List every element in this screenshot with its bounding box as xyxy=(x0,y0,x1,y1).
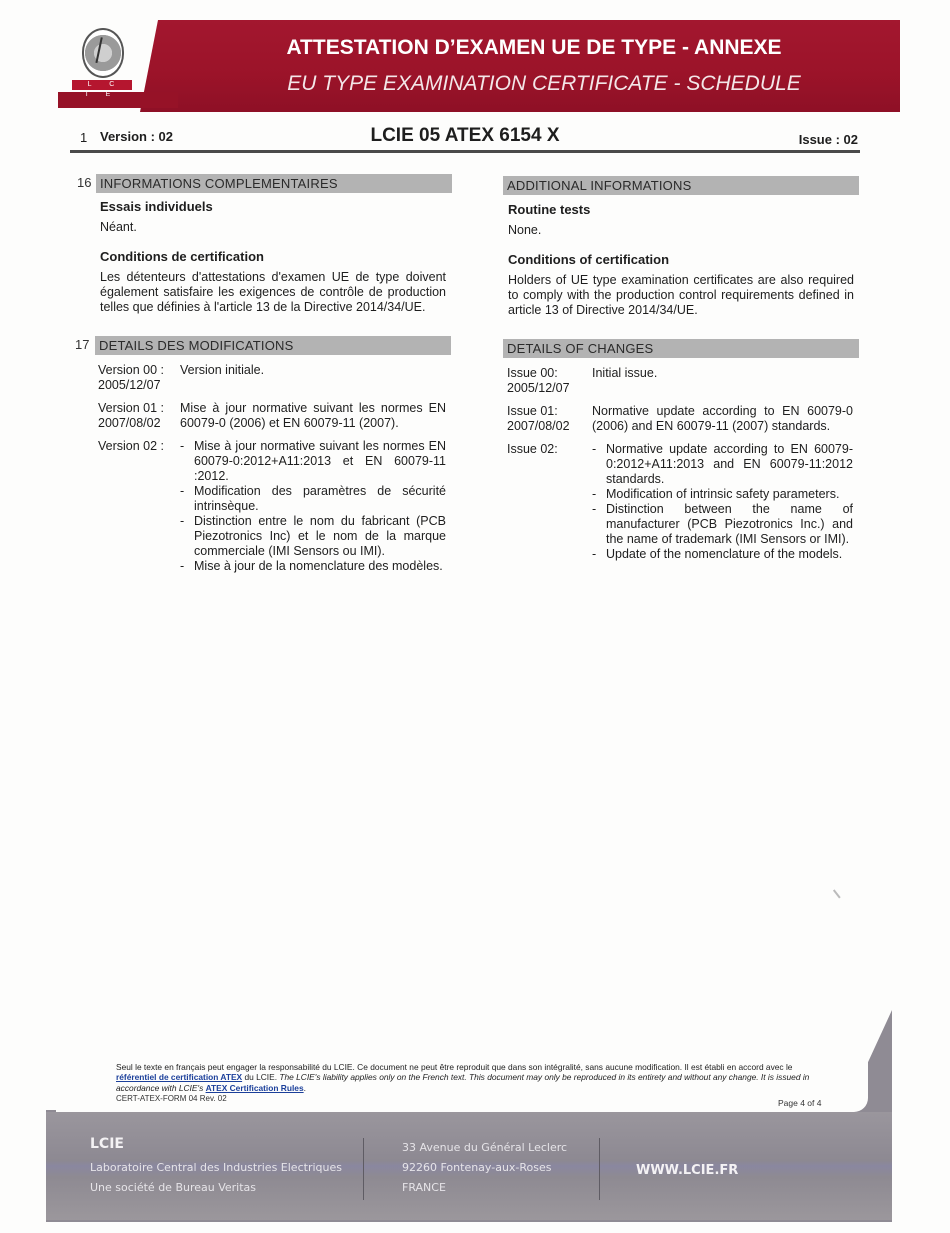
atex-certification-rules-link[interactable]: ATEX Certification Rules xyxy=(206,1083,304,1093)
legal-text-fr-end: du LCIE. xyxy=(242,1072,279,1082)
footer-divider xyxy=(599,1138,600,1200)
change-item: Distinction between the name of manufact… xyxy=(590,502,853,547)
change-label: Version 00 : 2005/12/07 xyxy=(98,363,180,393)
change-entry: Issue 01: 2007/08/02 Normative update ac… xyxy=(507,404,853,434)
changes-list-fr: Version 00 : 2005/12/07 Version initiale… xyxy=(98,363,446,582)
change-item: Distinction entre le nom du fabricant (P… xyxy=(178,514,446,559)
section-16-title-fr: INFORMATIONS COMPLEMENTAIRES xyxy=(96,174,452,193)
change-entry: Issue 00: 2005/12/07 Initial issue. xyxy=(507,366,853,396)
change-version: Issue 02: xyxy=(507,442,590,457)
change-date: 2005/12/07 xyxy=(507,381,592,396)
footer-org-parent: Une société de Bureau Veritas xyxy=(90,1178,342,1198)
page-number: Page 4 of 4 xyxy=(778,1098,821,1108)
title-french: ATTESTATION D’EXAMEN UE DE TYPE - ANNEXE xyxy=(58,36,900,60)
change-text: Version initiale. xyxy=(180,363,446,393)
legal-text-fr: Seul le texte en français peut engager l… xyxy=(116,1062,792,1072)
form-reference: CERT-ATEX-FORM 04 Rev. 02 xyxy=(116,1094,227,1103)
change-version: Version 01 : xyxy=(98,401,180,416)
footer-org-full: Laboratoire Central des Industries Elect… xyxy=(90,1158,342,1178)
section-16-en-body: Routine tests None. Conditions of certif… xyxy=(508,202,854,328)
conditions-text-fr: Les détenteurs d'attestations d'examen U… xyxy=(100,270,446,315)
conditions-text-en: Holders of UE type examination certifica… xyxy=(508,273,854,318)
routine-tests-heading-fr: Essais individuels xyxy=(100,199,446,214)
section-16-title-en: ADDITIONAL INFORMATIONS xyxy=(503,176,859,195)
change-items: Normative update according to EN 60079-0… xyxy=(590,442,853,562)
conditions-heading-fr: Conditions de certification xyxy=(100,249,446,264)
change-label: Version 02 : xyxy=(98,439,178,574)
change-item: Update of the nomenclature of the models… xyxy=(590,547,853,562)
change-version: Issue 00: xyxy=(507,366,592,381)
section-17-title-fr: DETAILS DES MODIFICATIONS xyxy=(95,336,451,355)
routine-tests-text-en: None. xyxy=(508,223,854,238)
issue-label: Issue : 02 xyxy=(799,132,858,147)
change-item: Modification of intrinsic safety paramet… xyxy=(590,487,853,502)
routine-tests-text-fr: Néant. xyxy=(100,220,446,235)
change-version: Version 00 : xyxy=(98,363,180,378)
change-item: Mise à jour normative suivant les normes… xyxy=(178,439,446,484)
routine-tests-heading-en: Routine tests xyxy=(508,202,854,217)
change-item: Mise à jour de la nomenclature des modèl… xyxy=(178,559,446,574)
change-version: Issue 01: xyxy=(507,404,592,419)
atex-referentiel-link[interactable]: référentiel de certification ATEX xyxy=(116,1072,242,1082)
change-version: Version 02 : xyxy=(98,439,178,454)
change-text: Mise à jour normative suivant les normes… xyxy=(180,401,446,431)
change-label: Issue 01: 2007/08/02 xyxy=(507,404,592,434)
change-label: Issue 00: 2005/12/07 xyxy=(507,366,592,396)
conditions-heading-en: Conditions of certification xyxy=(508,252,854,267)
certificate-line: 1 Version : 02 LCIE 05 ATEX 6154 X Issue… xyxy=(70,124,860,153)
banner-background xyxy=(140,20,900,112)
change-date: 2007/08/02 xyxy=(98,416,180,431)
footer-org-name: LCIE xyxy=(90,1136,342,1152)
change-item: Modification des paramètres de sécurité … xyxy=(178,484,446,514)
change-text: Normative update according to EN 60079-0… xyxy=(592,404,853,434)
address-line-1: 33 Avenue du Général Leclerc xyxy=(402,1138,567,1158)
section-17-number: 17 xyxy=(75,337,89,352)
scan-artifact xyxy=(833,889,840,898)
change-entry: Issue 02: Normative update according to … xyxy=(507,442,853,562)
change-entry: Version 01 : 2007/08/02 Mise à jour norm… xyxy=(98,401,446,431)
section-17-title-en: DETAILS OF CHANGES xyxy=(503,339,859,358)
change-label: Issue 02: xyxy=(507,442,590,562)
change-label: Version 01 : 2007/08/02 xyxy=(98,401,180,431)
change-items: Mise à jour normative suivant les normes… xyxy=(178,439,446,574)
address-line-3: FRANCE xyxy=(402,1178,567,1198)
change-item: Normative update according to EN 60079-0… xyxy=(590,442,853,487)
change-text: Initial issue. xyxy=(592,366,853,396)
title-english: EU TYPE EXAMINATION CERTIFICATE - SCHEDU… xyxy=(58,72,900,96)
change-entry: Version 00 : 2005/12/07 Version initiale… xyxy=(98,363,446,393)
header-banner: L C I E ATTESTATION D’EXAMEN UE DE TYPE … xyxy=(58,20,900,108)
legal-end: . xyxy=(304,1083,306,1093)
footer-address: 33 Avenue du Général Leclerc 92260 Fonte… xyxy=(402,1138,567,1198)
section-16-number: 16 xyxy=(77,175,91,190)
changes-list-en: Issue 00: 2005/12/07 Initial issue. Issu… xyxy=(507,366,853,570)
footer-divider xyxy=(363,1138,364,1200)
change-date: 2007/08/02 xyxy=(507,419,592,434)
legal-notice: Seul le texte en français peut engager l… xyxy=(116,1062,822,1093)
address-line-2: 92260 Fontenay-aux-Roses xyxy=(402,1158,567,1178)
footer-organization: LCIE Laboratoire Central des Industries … xyxy=(90,1136,342,1198)
website-link[interactable]: WWW.LCIE.FR xyxy=(636,1163,738,1178)
change-entry: Version 02 : Mise à jour normative suiva… xyxy=(98,439,446,574)
change-date: 2005/12/07 xyxy=(98,378,180,393)
certificate-number: LCIE 05 ATEX 6154 X xyxy=(70,125,860,147)
section-16-fr-body: Essais individuels Néant. Conditions de … xyxy=(100,199,446,325)
